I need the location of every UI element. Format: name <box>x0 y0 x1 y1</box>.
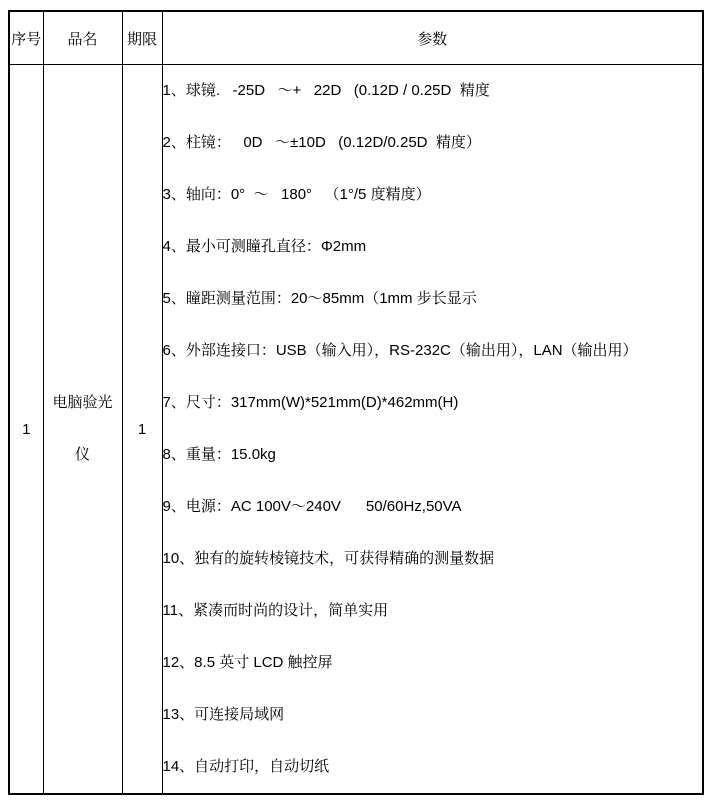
header-seq: 序号 <box>9 11 43 65</box>
cell-term: 1 <box>122 65 162 795</box>
header-term: 期限 <box>122 11 162 65</box>
parameter-line: 4、最小可测瞳孔直径：Φ2mm <box>163 221 703 273</box>
parameter-line: 13、可连接局域网 <box>163 689 703 741</box>
parameter-line: 5、瞳距测量范围：20～85mm（1mm 步长显示 <box>163 273 703 325</box>
parameter-line: 7、尺寸：317mm(W)*521mm(D)*462mm(H) <box>163 377 703 429</box>
document-page: 序号 品名 期限 参数 1 电脑验光仪 1 1、球镜. -25D ～+ 22D … <box>0 0 713 806</box>
parameter-line: 1、球镜. -25D ～+ 22D (0.12D / 0.25D 精度 <box>163 65 703 117</box>
table-header-row: 序号 品名 期限 参数 <box>9 11 703 65</box>
product-name-text: 电脑验光仪 <box>51 377 115 481</box>
table-row: 1 电脑验光仪 1 1、球镜. -25D ～+ 22D (0.12D / 0.2… <box>9 65 703 795</box>
header-product-name: 品名 <box>43 11 122 65</box>
parameter-line: 14、自动打印，自动切纸 <box>163 741 703 793</box>
parameter-line: 12、8.5 英寸 LCD 触控屏 <box>163 637 703 689</box>
parameter-line: 3、轴向：0° ～ 180° （1°/5 度精度） <box>163 169 703 221</box>
parameter-line: 8、重量：15.0kg <box>163 429 703 481</box>
cell-product-name: 电脑验光仪 <box>43 65 122 795</box>
parameter-line: 6、外部连接口：USB（输入用），RS-232C（输出用），LAN（输出用） <box>163 325 703 377</box>
cell-parameters: 1、球镜. -25D ～+ 22D (0.12D / 0.25D 精度 2、柱镜… <box>162 65 703 795</box>
parameter-line: 2、柱镜： 0D ～±10D (0.12D/0.25D 精度） <box>163 117 703 169</box>
header-parameters: 参数 <box>162 11 703 65</box>
parameter-line: 11、紧凑而时尚的设计，简单实用 <box>163 585 703 637</box>
parameter-line: 9、电源：AC 100V～240V 50/60Hz,50VA <box>163 481 703 533</box>
parameter-line: 10、独有的旋转棱镜技术，可获得精确的测量数据 <box>163 533 703 585</box>
spec-table: 序号 品名 期限 参数 1 电脑验光仪 1 1、球镜. -25D ～+ 22D … <box>8 10 704 795</box>
cell-seq: 1 <box>9 65 43 795</box>
